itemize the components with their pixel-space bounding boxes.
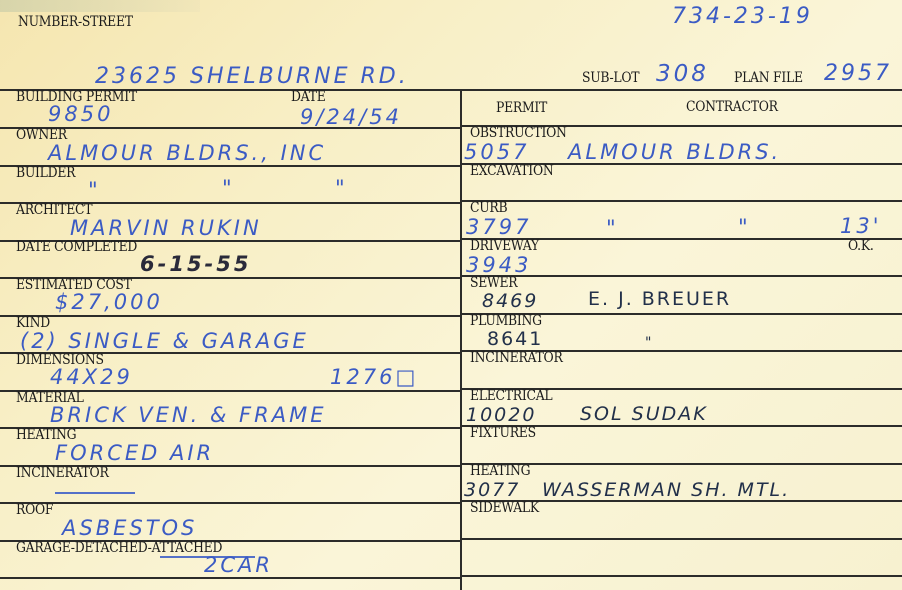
sewer-contractor: E. J. BREUER [588, 290, 731, 309]
garage-value: 2CAR [204, 555, 273, 576]
plumbing-contractor: " [645, 336, 653, 350]
garage-label: GARAGE-DETACHED-ATTACHED [16, 542, 222, 556]
builder-label: BUILDER [16, 167, 75, 181]
obstruction-label: OBSTRUCTION [470, 127, 567, 141]
column-divider [460, 89, 462, 590]
date-value: 9/24/54 [300, 107, 402, 128]
heating-permit: 3077 [464, 481, 520, 500]
electrical-label: ELECTRICAL [470, 390, 552, 404]
heating-contractor: WASSERMAN SH. MTL. [542, 481, 790, 500]
plan-file-label: PLAN FILE [734, 72, 803, 86]
incinerator-right-label: INCINERATOR [470, 352, 563, 366]
architect-value: MARVIN RUKIN [70, 218, 262, 239]
number-street-label: NUMBER-STREET [18, 16, 133, 30]
roof-value: ASBESTOS [62, 518, 197, 539]
curb-ditto: " [738, 217, 751, 238]
sub-lot-value: 308 [656, 63, 709, 86]
sewer-permit: 8469 [482, 292, 538, 311]
curb-ditto: " [606, 218, 619, 239]
plan-file-value: 2957 [824, 63, 892, 85]
rule-line [0, 315, 460, 317]
curb-permit: 3797 [466, 217, 531, 238]
dimensions-area: 1276□ [330, 367, 418, 388]
curb-label: CURB [470, 202, 507, 216]
heating-right-label: HEATING [470, 465, 530, 479]
scan-artifact [0, 0, 200, 12]
electrical-contractor: SOL SUDAK [580, 405, 708, 424]
owner-value: ALMOUR BLDRS., INC [48, 143, 326, 164]
roof-label: ROOF [16, 504, 53, 518]
excavation-label: EXCAVATION [470, 165, 553, 179]
rule-line [0, 577, 460, 579]
estimated-cost-value: $27,000 [55, 292, 163, 313]
contractor-header: CONTRACTOR [686, 101, 778, 115]
sidewalk-label: SIDEWALK [470, 502, 539, 516]
rule-line [460, 575, 902, 577]
incinerator-dash [55, 492, 135, 494]
kind-value: (2) SINGLE & GARAGE [20, 331, 309, 352]
builder-ditto: " [88, 180, 101, 201]
driveway-label: DRIVEWAY [470, 240, 539, 254]
address-value: 23625 SHELBURNE RD. [95, 66, 409, 88]
ward-code: 734-23-19 [672, 6, 813, 28]
rule-line [0, 502, 460, 504]
rule-line [460, 200, 902, 202]
fixtures-label: FIXTURES [470, 427, 536, 441]
sewer-label: SEWER [470, 277, 517, 291]
building-permit-value: 9850 [48, 104, 113, 125]
obstruction-permit: 5057 [464, 142, 529, 163]
driveway-permit: 3943 [466, 255, 531, 276]
driveway-status: O.K. [848, 240, 874, 254]
sub-lot-label: SUB-LOT [582, 72, 639, 86]
builder-ditto: " [335, 178, 348, 199]
date-completed-label: DATE COMPLETED [16, 241, 137, 255]
date-label: DATE [291, 91, 326, 105]
heating-value: FORCED AIR [55, 443, 214, 464]
date-completed-value: 6-15-55 [140, 254, 252, 275]
building-permit-card: NUMBER-STREET 734-23-19 23625 SHELBURNE … [0, 0, 902, 590]
material-value: BRICK VEN. & FRAME [50, 405, 326, 426]
permit-header: PERMIT [496, 102, 547, 116]
builder-ditto: " [222, 178, 235, 199]
obstruction-contractor: ALMOUR BLDRS. [568, 142, 781, 163]
rule-line [460, 538, 902, 540]
curb-note: 13' [840, 216, 882, 237]
plumbing-label: PLUMBING [470, 315, 542, 329]
plumbing-permit: 8641 [487, 330, 543, 349]
dimensions-value: 44X29 [50, 367, 133, 388]
incinerator-label: INCINERATOR [16, 467, 109, 481]
electrical-permit: 10020 [466, 406, 536, 425]
